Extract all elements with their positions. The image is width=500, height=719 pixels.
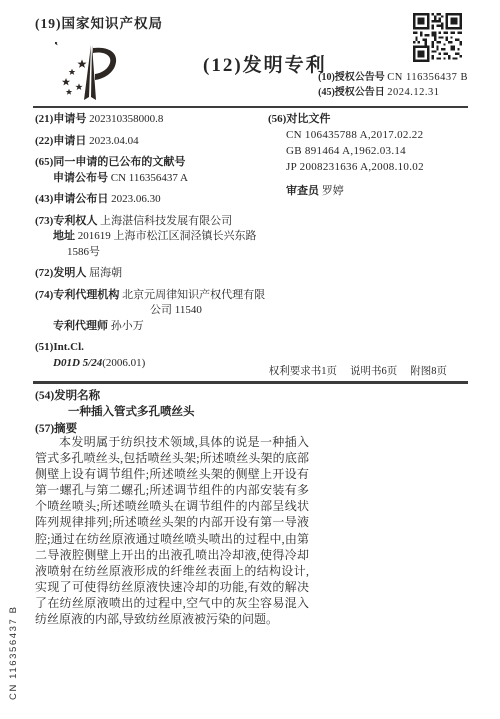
abstract-text: 本发明属于纺织技术领域,具体的说是一种插入管式多孔喷丝头,包括喷丝头架;所述喷丝…: [35, 434, 309, 627]
application-pub-date-row: (43)申请公布日 2023.06.30: [35, 192, 267, 208]
patentee-line: (73)专利权人 上海湛信科技发展有限公司: [35, 214, 267, 230]
application-pub-date-label: (43)申请公布日: [35, 193, 108, 205]
grant-pub-number-line: (10)授权公告号 CN 116356437 B: [318, 70, 468, 85]
prior-publication-value: CN 116356437 A: [111, 172, 188, 184]
cited-document: GB 891464 A,1962.03.14: [286, 144, 468, 160]
patentee-label: (73)专利权人: [35, 215, 97, 227]
application-date-label: (22)申请日: [35, 135, 86, 147]
patentee-row: (73)专利权人 上海湛信科技发展有限公司 地址 201619 上海市松江区洞泾…: [35, 214, 267, 261]
section-divider: [33, 381, 468, 384]
publication-info: (10)授权公告号 CN 116356437 B (45)授权公告日 2024.…: [318, 70, 468, 100]
application-date-value: 2023.04.04: [89, 135, 139, 147]
grant-pub-number-label: (10)授权公告号: [318, 72, 385, 83]
invention-title-label: (54)发明名称: [35, 388, 195, 404]
invention-title-section: (54)发明名称 一种插入管式多孔喷丝头: [35, 388, 195, 420]
agent-line: 专利代理师 孙小万: [35, 319, 267, 335]
agent-label: 专利代理师: [53, 320, 108, 332]
bibliographic-right-column: (56)对比文件 CN 106435788 A,2017.02.22 GB 89…: [268, 112, 468, 200]
qr-code-icon: [413, 13, 462, 62]
application-number-row: (21)申请号 202310358000.8: [35, 112, 267, 128]
document-type-title: (12)发明专利: [203, 50, 327, 77]
inventor-label: (72)发明人: [35, 267, 86, 279]
cited-document: CN 106435788 A,2017.02.22: [286, 128, 468, 144]
prior-publication-label: (65)同一申请的已公布的文献号: [35, 155, 267, 171]
application-number-label: (21)申请号: [35, 113, 86, 125]
claims-pages: 权利要求书1页: [269, 363, 337, 378]
examiner-label: 审查员: [286, 185, 319, 197]
pages-summary: 权利要求书1页 说明书6页 附图8页: [269, 363, 447, 378]
address-line: 地址 201619 上海市松江区洞泾镇长兴东路1586号: [53, 229, 267, 260]
cited-documents-list: CN 106435788 A,2017.02.22 GB 891464 A,19…: [268, 128, 468, 176]
prior-publication-sub-row: 申请公布号 CN 116356437 A: [35, 171, 267, 187]
patentee-value: 上海湛信科技发展有限公司: [100, 215, 232, 227]
invention-title: 一种插入管式多孔喷丝头: [35, 404, 195, 420]
cnipa-logo-icon: [55, 42, 129, 108]
address-value: 201619 上海市松江区洞泾镇长兴东路1586号: [67, 230, 257, 258]
prior-publication-row: (65)同一申请的已公布的文献号 申请公布号 CN 116356437 A: [35, 155, 267, 186]
cited-document: JP 2008231636 A,2008.10.02: [286, 160, 468, 176]
patent-office-name: (19)国家知识产权局: [35, 12, 163, 32]
prior-publication-sub-label: 申请公布号: [53, 172, 108, 184]
inventor-value: 屈海朝: [89, 267, 122, 279]
bibliographic-left-column: (21)申请号 202310358000.8 (22)申请日 2023.04.0…: [35, 112, 267, 377]
patent-front-page: (19)国家知识产权局: [0, 0, 500, 719]
agency-value: 北京元周律知识产权代理有限公司 11540: [122, 289, 265, 317]
application-date-row: (22)申请日 2023.04.04: [35, 134, 267, 150]
application-pub-date-value: 2023.06.30: [111, 193, 161, 205]
agent-value: 孙小万: [111, 320, 144, 332]
drawings-pages: 附图8页: [410, 363, 447, 378]
int-cl-year: (2006.01): [102, 357, 145, 369]
address-label: 地址: [53, 230, 75, 242]
agency-line: (74)专利代理机构 北京元周律知识产权代理有限公司 11540: [35, 288, 267, 319]
cited-documents-label: (56)对比文件: [268, 112, 468, 128]
int-cl-row: (51)Int.Cl. D01D 5/24(2006.01): [35, 340, 267, 371]
agency-label: (74)专利代理机构: [35, 289, 119, 301]
description-pages: 说明书6页: [350, 363, 397, 378]
grant-pub-date-line: (45)授权公告日 2024.12.31: [318, 85, 468, 100]
side-publication-code: CN 116356437 B: [8, 605, 19, 700]
int-cl-value-line: D01D 5/24(2006.01): [35, 356, 267, 372]
grant-pub-date-value: 2024.12.31: [387, 87, 439, 98]
examiner-row: 审查员 罗婷: [268, 184, 468, 200]
int-cl-label: (51)Int.Cl.: [35, 340, 267, 356]
application-number-value: 202310358000.8: [89, 113, 163, 125]
inventor-row: (72)发明人 屈海朝: [35, 266, 267, 282]
examiner-value: 罗婷: [322, 185, 344, 197]
grant-pub-number-value: CN 116356437 B: [387, 72, 468, 83]
header-divider: [33, 106, 468, 108]
grant-pub-date-label: (45)授权公告日: [318, 87, 385, 98]
int-cl-class: D01D 5/24: [53, 357, 102, 369]
agency-row: (74)专利代理机构 北京元周律知识产权代理有限公司 11540 专利代理师 孙…: [35, 288, 267, 335]
